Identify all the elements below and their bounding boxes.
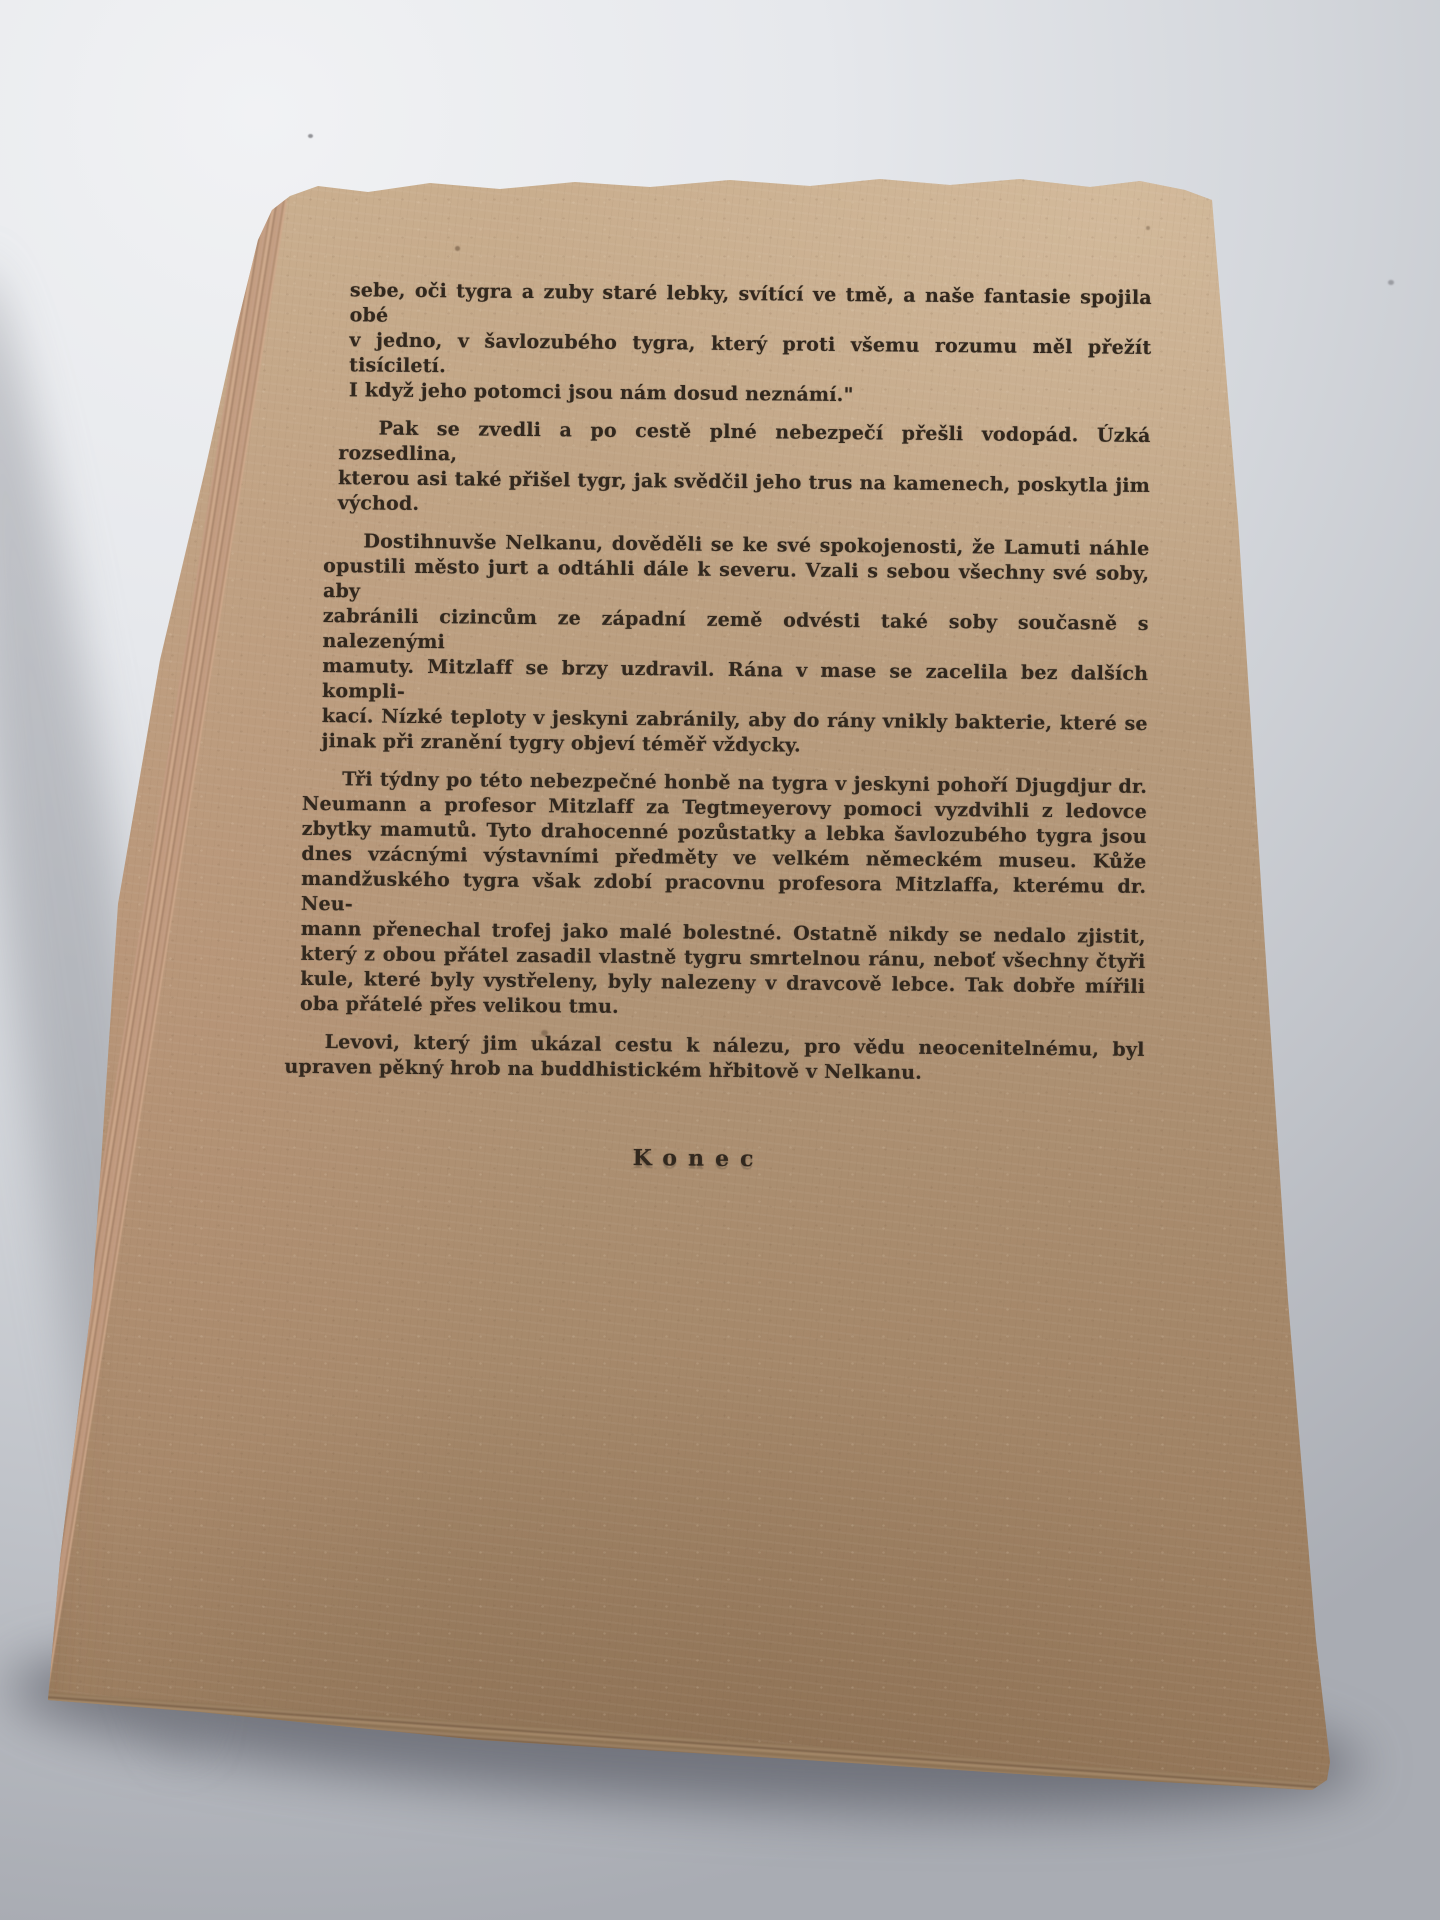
desk-speck: [308, 134, 313, 138]
print-line: opustili město jurt a odtáhli dále k sev…: [323, 554, 1149, 612]
page-text-block: sebe, oči tygra a zuby staré lebky, svít…: [283, 278, 1152, 1176]
paper-blemish: [541, 1030, 548, 1036]
book-back-page: sebe, oči tygra a zuby staré lebky, svít…: [0, 0, 1440, 1920]
desk-surface: sebe, oči tygra a zuby staré lebky, svít…: [0, 0, 1440, 1920]
print-line: sebe, oči tygra a zuby staré lebky, svít…: [350, 278, 1152, 336]
print-line: mamuty. Mitzlaff se brzy uzdravil. Rána …: [322, 654, 1148, 712]
paragraph: Tři týdny po této nebezpečné honbě na ty…: [300, 767, 1147, 1025]
paper-blemish: [1146, 226, 1150, 230]
print-line: zabránili cizincům ze západní země odvés…: [322, 604, 1148, 662]
desk-speck: [1388, 280, 1394, 285]
print-line: Pak se zvedli a po cestě plné nebezpečí …: [338, 416, 1150, 474]
paragraph: Dostihnuvše Nelkanu, dověděli se ke své …: [321, 529, 1149, 762]
paragraph: Pak se zvedli a po cestě plné nebezpečí …: [338, 416, 1151, 524]
paragraph-continuation: sebe, oči tygra a zuby staré lebky, svít…: [349, 278, 1152, 411]
end-of-book-label: Konec: [628, 1145, 768, 1172]
print-line: v jedno, v šavlozubého tygra, který prot…: [349, 328, 1151, 386]
print-line: mandžuského tygra však zdobí pracovnu pr…: [301, 867, 1146, 925]
paragraph: Levovi, který jim ukázal cestu k nálezu,…: [284, 1030, 1144, 1088]
paper-blemish: [455, 246, 460, 251]
